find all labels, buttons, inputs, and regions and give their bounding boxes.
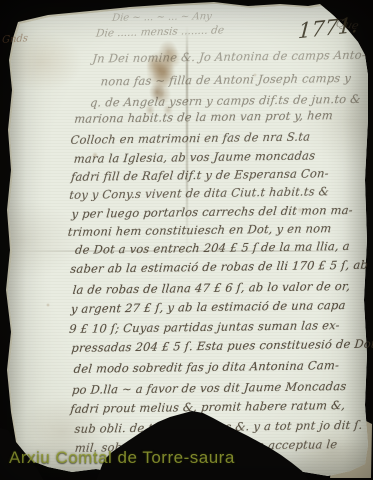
manuscript-line: fadri fill de Rafel dif.t y de Esperansa… <box>70 166 329 184</box>
manuscript-line: la de robas de llana 47 £ 6 ſ, ab lo val… <box>72 279 351 297</box>
manuscript-line: Jn Dei nomine &. Jo Antonina de camps An… <box>92 48 367 66</box>
manuscript-line: saber ab la estimació de robas de lli 17… <box>70 258 369 276</box>
manuscript-line: pressadas 204 £ 5 ſ. Esta pues constitue… <box>71 337 373 355</box>
manuscript-line: fadri prout melius &, promit habere ratu… <box>70 398 346 416</box>
manuscript-photo: Die ~ ... ~ ... ~ Any Die ...... mensis … <box>0 0 373 480</box>
manuscript-line: toy y Cony.s vivent de dita Ciut.t habit… <box>69 184 330 202</box>
manuscript-line: nona fas ~ filla de Antoni Joseph camps … <box>100 71 352 89</box>
manuscript-line: Colloch en matrimoni en fas de nra S.ta <box>70 129 311 146</box>
manuscript-line: de Dot a vos entrech 204 £ 5 ſ de la ma … <box>75 239 351 257</box>
archive-watermark-label: Arxiu Comtal de Torre-saura <box>9 448 235 468</box>
manuscript-line: trimoni hem constituiesch en Dot, y en n… <box>67 221 332 239</box>
manuscript-line: y per luego portarlos carrechs del dit m… <box>71 203 354 221</box>
manuscript-line: 9 £ 10 ſ; Cuyas partidas juntas suman la… <box>69 318 341 336</box>
manuscript-line: q. de Angela ysern y camps dif.ts de jun… <box>89 92 361 110</box>
manuscript-line: mara la Iglesia, ab vos Jaume moncadas <box>73 148 316 165</box>
manuscript-line: y argent 27 £ ſ, y ab la estimació de un… <box>70 298 346 316</box>
manuscript-line: mariona habit.ts de la mon van prot y, h… <box>74 108 334 126</box>
manuscript-line: del modo sobredit fas jo dita Antonina C… <box>73 358 340 376</box>
manuscript-text-block: Jn Dei nomine &. Jo Antonina de camps An… <box>0 0 373 480</box>
manuscript-line: po D.lla ~ a favor de vos dit Jaume Monc… <box>71 379 347 397</box>
